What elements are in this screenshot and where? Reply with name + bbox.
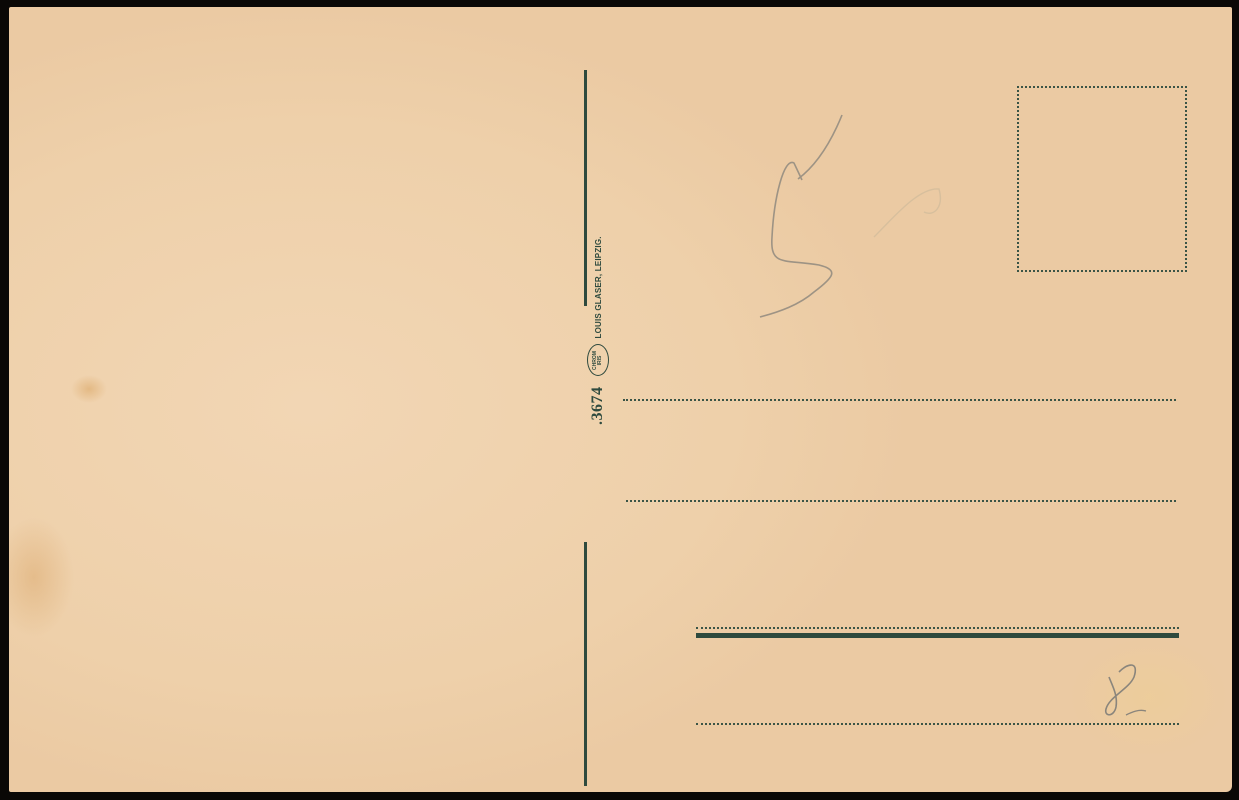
address-line-3-dotted (696, 627, 1179, 629)
stamp-box (1017, 86, 1187, 272)
center-divider-bottom (584, 542, 587, 786)
card-number: .3674 (589, 387, 607, 426)
publisher-imprint: .3674 CHROMIRIS LOUIS GLASER, LEIPZIG. (587, 236, 609, 425)
address-line-1 (623, 399, 1176, 401)
pencil-mark-8-icon (1084, 657, 1164, 727)
chrom-iris-logo-icon: CHROMIRIS (587, 345, 609, 377)
publisher-name: LOUIS GLASER, LEIPZIG. (594, 236, 603, 338)
address-line-3-solid (696, 633, 1179, 638)
postcard-back: .3674 CHROMIRIS LOUIS GLASER, LEIPZIG. (9, 7, 1232, 792)
pencil-mark-5-icon (744, 107, 964, 327)
address-line-2 (626, 500, 1176, 502)
